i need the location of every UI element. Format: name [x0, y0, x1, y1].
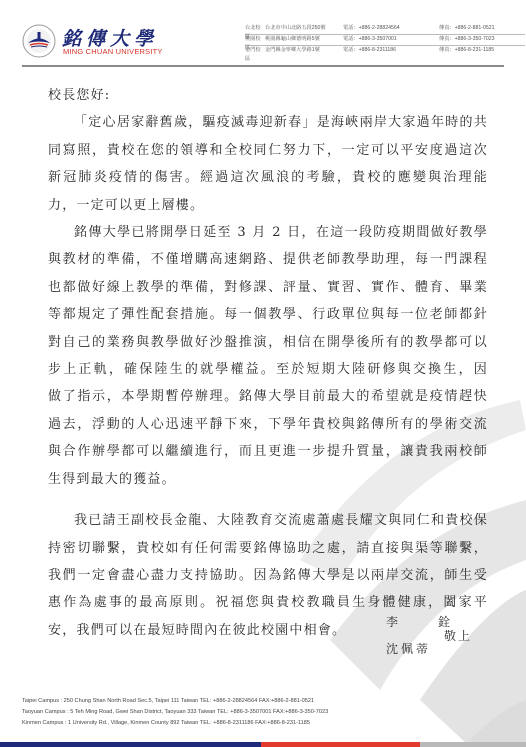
closing: 敬上: [444, 627, 472, 644]
campus-address: 金門縣金寧鄉大學路1號: [265, 46, 343, 56]
campus-contact-table: 台北校區 台北市中山北路五段250號 電話：+886-2-28824564 傳真…: [245, 24, 525, 56]
university-emblem-icon: [22, 24, 56, 58]
footer-bar-gray: [420, 742, 526, 747]
campus-fax: 傳真：+886-8-231-1185: [439, 46, 519, 56]
campus-fax: 傳真：+886-2-881-0521: [439, 24, 519, 34]
letterhead-footer: Taipei Campus : 250 Chung Shan North Roa…: [22, 696, 328, 729]
header-divider: [22, 65, 504, 67]
footer-color-bar: [0, 742, 526, 747]
campus-address: 台北市中山北路五段250號: [265, 24, 343, 34]
campus-label: 金門校區: [245, 46, 265, 56]
footer-bar-blue: [0, 742, 261, 747]
footer-kinmen: Kinmen Campus : 1 University Rd., Villag…: [22, 718, 328, 729]
campus-address: 桃園縣龜山鄉德明路5號: [265, 35, 343, 45]
campus-tel: 電話：+886-3-3507001: [343, 35, 439, 45]
footer-bar-red: [261, 742, 420, 747]
campus-label: 桃園校區: [245, 35, 265, 45]
campus-tel: 電話：+886-2-28824564: [343, 24, 439, 34]
university-name-english: MING CHUAN UNIVERSITY: [63, 47, 163, 56]
salutation: 校長您好:: [48, 82, 488, 109]
paragraph-2: 銘傳大學已將開學日延至 3 月 2 日，在這一段防疫期間做好教學與教材的準備，不…: [48, 219, 488, 493]
footer-taipei: Taipei Campus : 250 Chung Shan North Roa…: [22, 696, 328, 707]
letter-body: 校長您好: 「定心居家辭舊歲，驅疫滅毒迎新春」是海峽兩岸大家過年時的共同寫照，貴…: [48, 82, 488, 644]
footer-taoyuan: Taoyuan Campus : 5 Teh Ming Road, Gwei S…: [22, 707, 328, 718]
paragraph-1: 「定心居家辭舊歲，驅疫滅毒迎新春」是海峽兩岸大家過年時的共同寫照，貴校在您的領導…: [48, 109, 488, 219]
campus-label: 台北校區: [245, 24, 265, 34]
signatory-2: 沈佩蒂: [386, 640, 431, 657]
contact-row-kinmen: 金門校區 金門縣金寧鄉大學路1號 電話：+886-8-2311186 傳真：+8…: [245, 46, 525, 56]
contact-row-taoyuan: 桃園校區 桃園縣龜山鄉德明路5號 電話：+886-3-3507001 傳真：+8…: [245, 35, 525, 46]
campus-tel: 電話：+886-8-2311186: [343, 46, 439, 56]
campus-fax: 傳真：+886-3-350-7023: [439, 35, 519, 45]
contact-row-taipei: 台北校區 台北市中山北路五段250號 電話：+886-2-28824564 傳真…: [245, 24, 525, 35]
letterhead: 銘傳大學 MING CHUAN UNIVERSITY 台北校區 台北市中山北路五…: [0, 0, 526, 68]
